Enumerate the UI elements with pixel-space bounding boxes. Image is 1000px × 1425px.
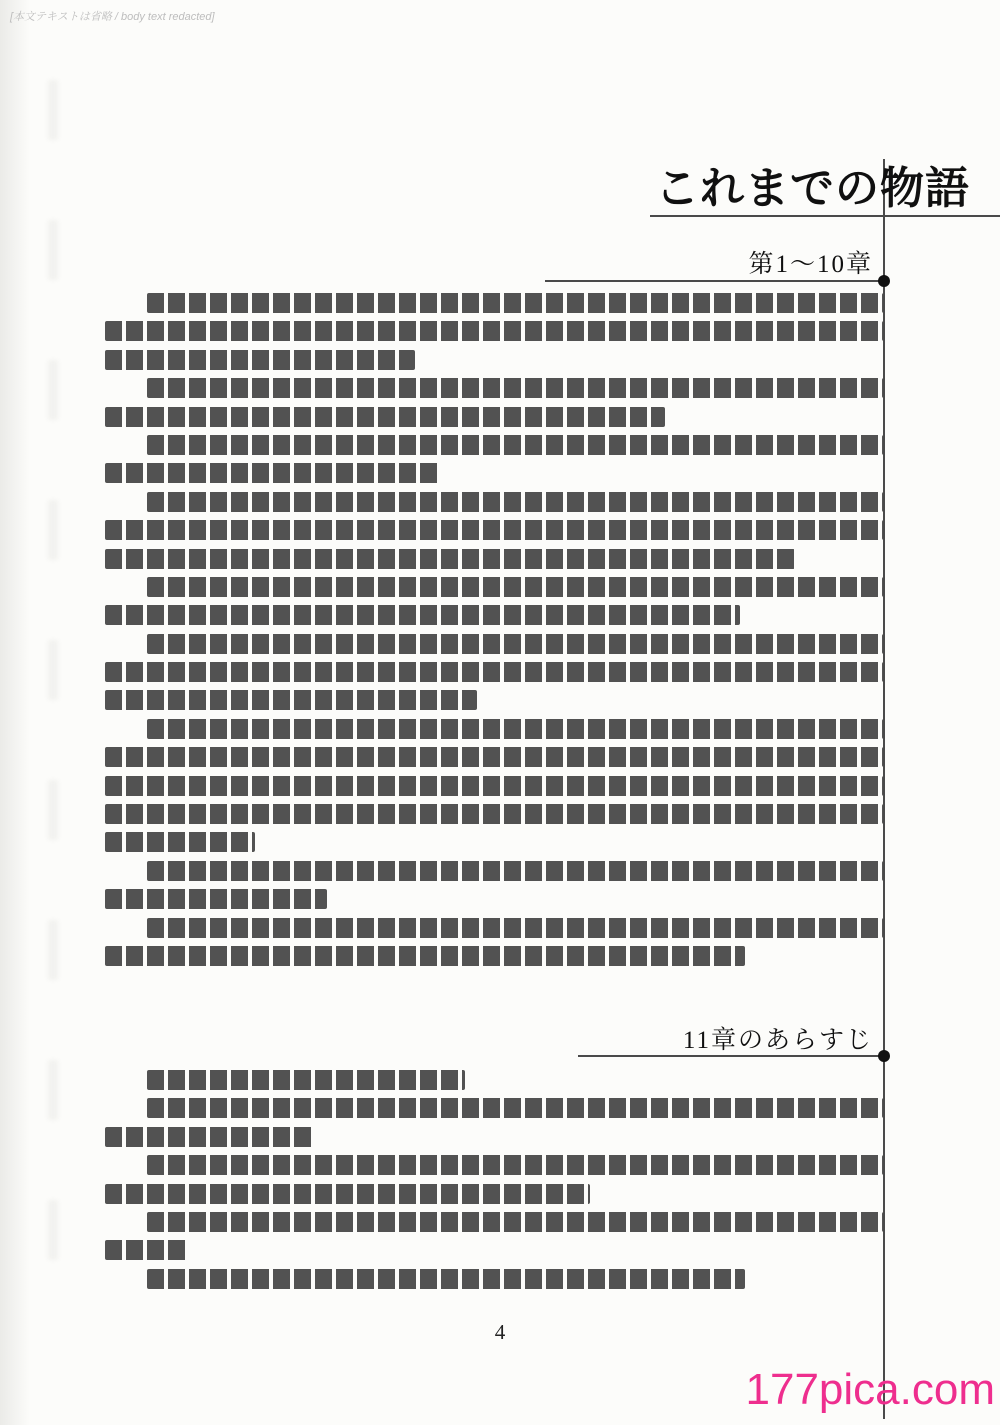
redacted-text-line [147,1070,465,1090]
redacted-text-line [147,1098,883,1118]
right-vertical-rule [883,159,885,1419]
rule-end-dot [878,1050,890,1062]
redacted-text-line [147,378,883,398]
page-number: 4 [470,1320,530,1345]
body-text-block-redacted [105,293,883,974]
redacted-text-line [147,861,883,881]
rule-end-dot [878,275,890,287]
page-title: これまでの物語 [655,152,885,216]
redacted-text-line [147,634,883,654]
redacted-text-line [147,293,883,313]
redacted-text-line [105,946,745,966]
redacted-text-line [105,804,883,824]
redacted-text-line [147,1212,883,1232]
redaction-notice: [本文テキストは省略 / body text redacted] [10,8,215,24]
redacted-text-line [147,492,883,512]
redacted-text-line [147,918,883,938]
redacted-text-line [105,463,440,483]
scan-smudge-artifact [48,80,58,1280]
redacted-text-line [105,1184,590,1204]
section-heading-chapters-1-10: 第1～10章 [545,244,873,280]
redacted-text-line [147,435,883,455]
section-heading-rule [545,280,885,282]
redacted-text-line [105,1240,189,1260]
scan-edge-artifact [0,0,30,1425]
section-heading-rule [578,1055,885,1057]
redacted-text-line [147,577,883,597]
redacted-text-line [105,690,477,710]
redacted-text-line [105,520,883,540]
body-text-block-redacted [105,1070,883,1297]
title-underline-rule [650,215,1000,217]
redacted-text-line [105,776,883,796]
redacted-text-line [105,889,327,909]
redacted-text-line [105,605,740,625]
redacted-text-line [147,719,883,739]
section-heading-chapter-11-synopsis: 11章のあらすじ [545,1020,873,1056]
redacted-text-line [105,747,883,767]
redacted-text-line [105,832,255,852]
redacted-text-line [105,1127,315,1147]
redacted-text-line [147,1269,745,1289]
watermark-text: 177pica.com [746,1365,995,1415]
redacted-text-line [105,549,795,569]
redacted-text-line [105,662,883,682]
redacted-text-line [105,407,665,427]
redacted-text-line [105,321,883,341]
redacted-text-line [147,1155,883,1175]
redacted-text-line [105,350,415,370]
